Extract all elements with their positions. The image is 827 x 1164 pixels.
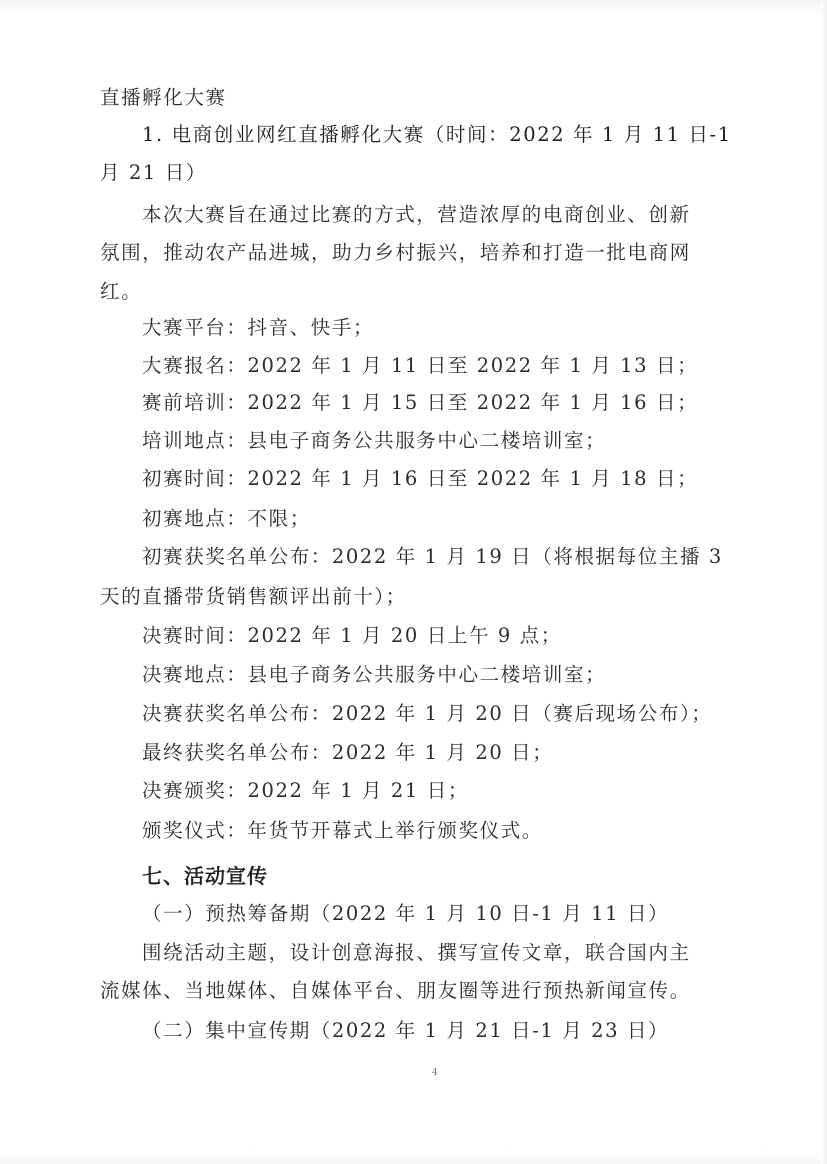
item-prelim-winners: 初赛获奖名单公布：2022 年 1 月 19 日（将根据每位主播 3	[142, 545, 723, 569]
paragraph-line: 本次大赛旨在通过比赛的方式，营造浓厚的电商创业、创新	[142, 203, 691, 227]
item-final-time: 决赛时间：2022 年 1 月 20 日上午 9 点；	[142, 624, 562, 648]
section-heading-publicity: 七、活动宣传	[142, 864, 268, 888]
item-final-location: 决赛地点：县电子商务公共服务中心二楼培训室；	[142, 663, 606, 687]
paragraph-line: 围绕活动主题，设计创意海报、撰写宣传文章，联合国内主	[142, 941, 691, 965]
document-page: 直播孵化大赛 1. 电商创业网红直播孵化大赛（时间：2022 年 1 月 11 …	[0, 0, 827, 1164]
paragraph-line: 红。	[100, 280, 142, 304]
item-platform: 大赛平台：抖音、快手；	[142, 316, 374, 340]
item-award-ceremony: 颁奖仪式：年货节开幕式上举行颁奖仪式。	[142, 819, 543, 843]
continued-title-line: 直播孵化大赛	[100, 86, 227, 110]
item-final-award: 决赛颁奖：2022 年 1 月 21 日；	[142, 779, 469, 803]
item-final-winners: 决赛获奖名单公布：2022 年 1 月 20 日（赛后现场公布）；	[142, 702, 712, 726]
paragraph-line: 流媒体、当地媒体、自媒体平台、朋友圈等进行预热新闻宣传。	[100, 979, 691, 1003]
competition-title-line-cont: 月 21 日）	[100, 161, 207, 185]
subsection-focus-publicity: （二）集中宣传期（2022 年 1 月 21 日-1 月 23 日）	[142, 1019, 669, 1043]
item-training-location: 培训地点：县电子商务公共服务中心二楼培训室；	[142, 429, 606, 453]
page-number: 4	[432, 1068, 438, 1078]
paragraph-line: 氛围，推动农产品进城，助力乡村振兴，培养和打造一批电商网	[100, 241, 691, 265]
item-pre-training: 赛前培训：2022 年 1 月 15 日至 2022 年 1 月 16 日；	[142, 391, 698, 415]
item-registration: 大赛报名：2022 年 1 月 11 日至 2022 年 1 月 13 日；	[142, 354, 698, 378]
item-prelim-time: 初赛时间：2022 年 1 月 16 日至 2022 年 1 月 18 日；	[142, 467, 698, 491]
subsection-warmup: （一）预热筹备期（2022 年 1 月 10 日-1 月 11 日）	[142, 902, 669, 926]
competition-title-line: 1. 电商创业网红直播孵化大赛（时间：2022 年 1 月 11 日-1	[142, 123, 732, 147]
item-overall-winners: 最终获奖名单公布：2022 年 1 月 20 日；	[142, 741, 553, 765]
item-prelim-location: 初赛地点：不限；	[142, 507, 311, 531]
page-edge-shadow	[821, 0, 827, 1164]
item-prelim-winners-cont: 天的直播带货销售额评出前十）；	[100, 585, 407, 609]
